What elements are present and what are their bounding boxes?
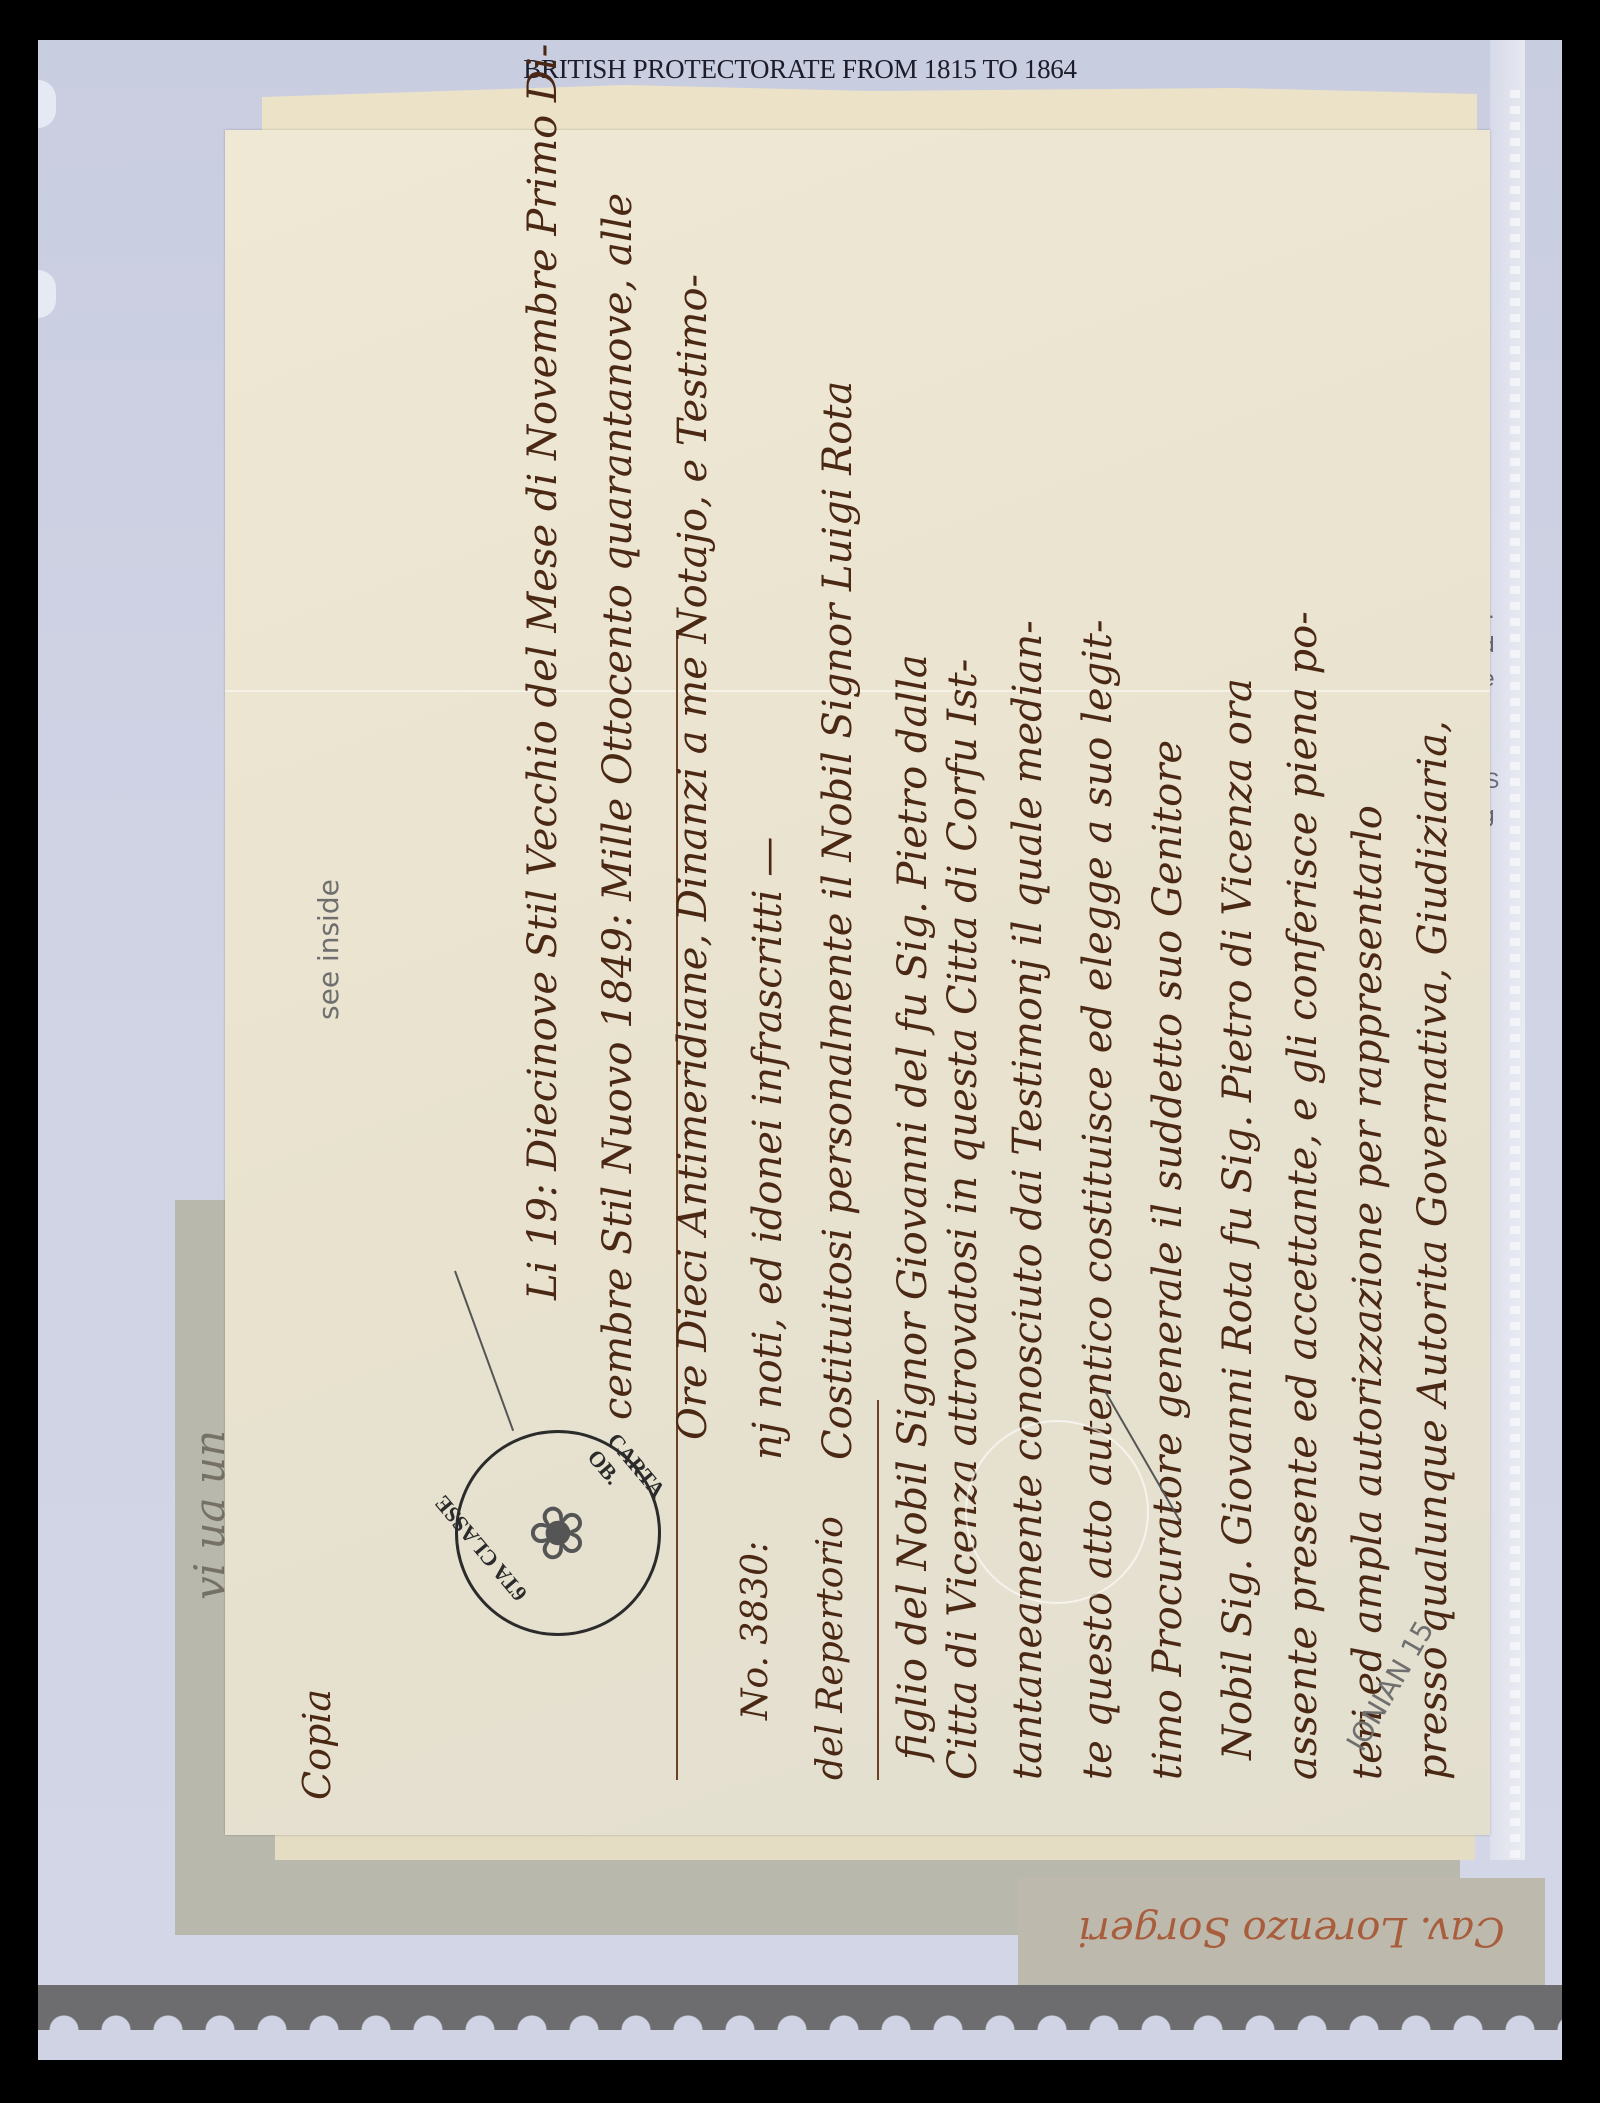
handwritten-line: timo Procuratore generale il suddetto su… bbox=[1145, 740, 1191, 1780]
reference-number: No. 3830: bbox=[735, 1541, 776, 1720]
punch-hole bbox=[38, 270, 56, 318]
carta-bollata-stamp: 6TA CLASSE CARTA OB. ❀ bbox=[455, 1430, 661, 1636]
handwritten-line: tantaneamente conosciuto dai Testimonj i… bbox=[1005, 620, 1051, 1780]
signature-copia: Copia bbox=[295, 1689, 339, 1800]
margin-rule bbox=[877, 1400, 879, 1780]
bottom-script: Cav. Lorenzo Sorgeri bbox=[1078, 1908, 1505, 1954]
handwritten-line: teri ed ampla autorizzazione per rappres… bbox=[1345, 805, 1391, 1780]
handwritten-line: cembre Stil Nuovo 1849: Mille Ottocento … bbox=[595, 193, 641, 1420]
punch-hole bbox=[38, 80, 56, 128]
handwritten-line: assente presente ed accettante, e gli co… bbox=[1280, 611, 1326, 1780]
handwritten-line: nj noti, ed idonei infrascritti — bbox=[745, 837, 791, 1460]
sawtooth-border bbox=[38, 1985, 1562, 2030]
handwritten-line: Costituitosi personalmente il Nobil Sign… bbox=[815, 381, 861, 1460]
handwritten-line: Li 19: Diecinove Stil Vecchio del Mese d… bbox=[520, 44, 566, 1300]
repertorio-label: del Repertorio bbox=[810, 1516, 851, 1780]
album-page-bottom bbox=[38, 2030, 1562, 2060]
bottom-letter-piece: Cav. Lorenzo Sorgeri bbox=[1018, 1878, 1545, 1996]
pencil-note-see-inside: see inside bbox=[312, 879, 345, 1020]
handwritten-line: Citta di Vicenza attrovatosi in questa C… bbox=[940, 659, 986, 1780]
handwritten-line: te questo atto autentico costituisce ed … bbox=[1075, 619, 1121, 1780]
sleeve-edge bbox=[1510, 90, 1520, 1860]
page-title: BRITISH PROTECTORATE FROM 1815 TO 1864 bbox=[38, 54, 1562, 85]
embossed-seal bbox=[965, 1420, 1149, 1604]
handwritten-line: figlio del Nobil Signor Giovanni del fu … bbox=[890, 654, 936, 1760]
handwritten-line: Nobil Sig. Giovanni Rota fu Sig. Pietro … bbox=[1215, 678, 1261, 1760]
handwritten-line: Ore Dieci Antimeridiane, Dinanzi a me No… bbox=[670, 274, 716, 1440]
eagle-emblem-icon: ❀ bbox=[508, 1483, 608, 1583]
